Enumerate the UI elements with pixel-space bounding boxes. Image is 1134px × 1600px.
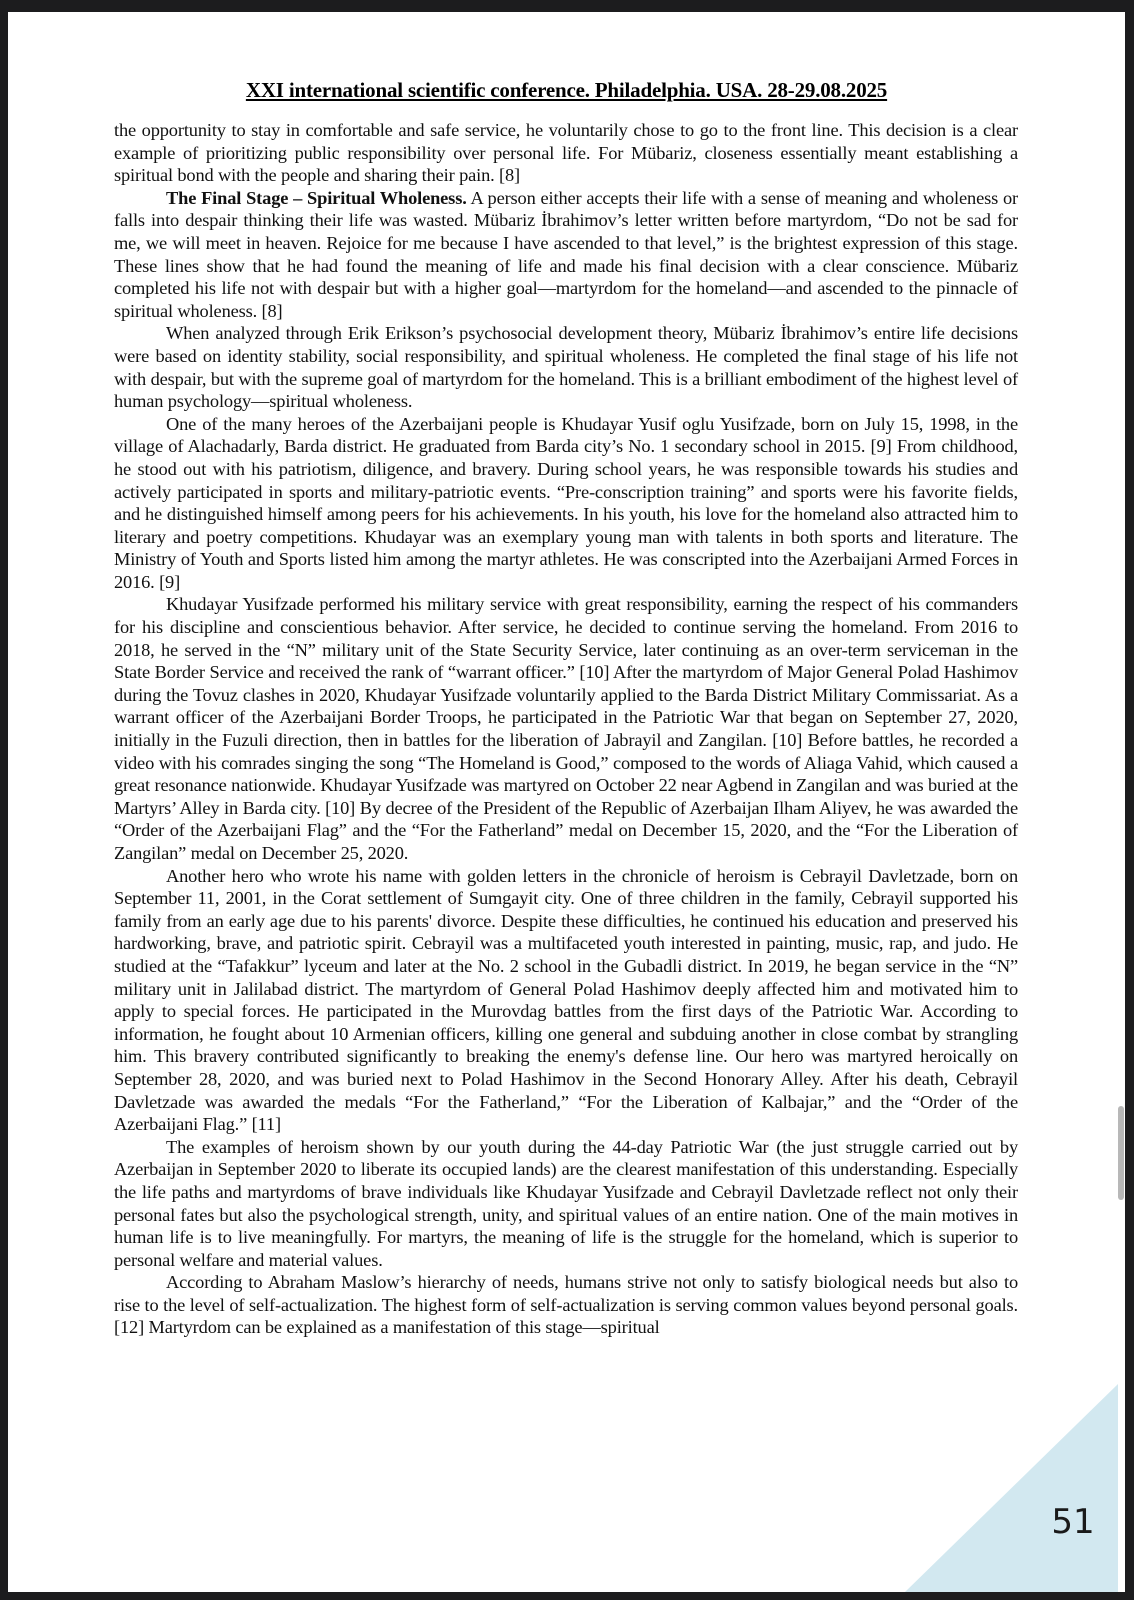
paragraph-text: One of the many heroes of the Azerbaijan… [114,414,1018,592]
paragraph-text: Another hero who wrote his name with gol… [114,866,1018,1135]
paragraph: The examples of heroism shown by our you… [114,1136,1018,1272]
paragraph-text: The examples of heroism shown by our you… [114,1137,1018,1270]
page-body: the opportunity to stay in comfortable a… [114,119,1018,1339]
paragraph-text: Khudayar Yusifzade performed his militar… [114,594,1018,863]
paragraph: The Final Stage – Spiritual Wholeness. A… [114,187,1018,323]
page-number: 51 [1038,1502,1108,1542]
paragraph-lead: The Final Stage – Spiritual Wholeness. [166,188,467,208]
paragraph: According to Abraham Maslow’s hierarchy … [114,1271,1018,1339]
paragraph-text: When analyzed through Erik Erikson’s psy… [114,323,1018,411]
vertical-scrollbar[interactable] [1116,12,1124,1592]
paragraph: One of the many heroes of the Azerbaijan… [114,413,1018,594]
paragraph-text: the opportunity to stay in comfortable a… [114,120,1018,185]
paragraph: When analyzed through Erik Erikson’s psy… [114,322,1018,412]
paragraph: Khudayar Yusifzade performed his militar… [114,593,1018,864]
document-viewer: XXI international scientific conference.… [0,0,1134,1600]
document-page: XXI international scientific conference.… [8,12,1125,1592]
scrollbar-thumb[interactable] [1118,1106,1124,1200]
paragraph: Another hero who wrote his name with gol… [114,865,1018,1136]
paragraph: the opportunity to stay in comfortable a… [114,119,1018,187]
running-header: XXI international scientific conference.… [8,78,1125,103]
paragraph-text: According to Abraham Maslow’s hierarchy … [114,1272,1018,1337]
page-corner-decoration [905,1384,1118,1592]
